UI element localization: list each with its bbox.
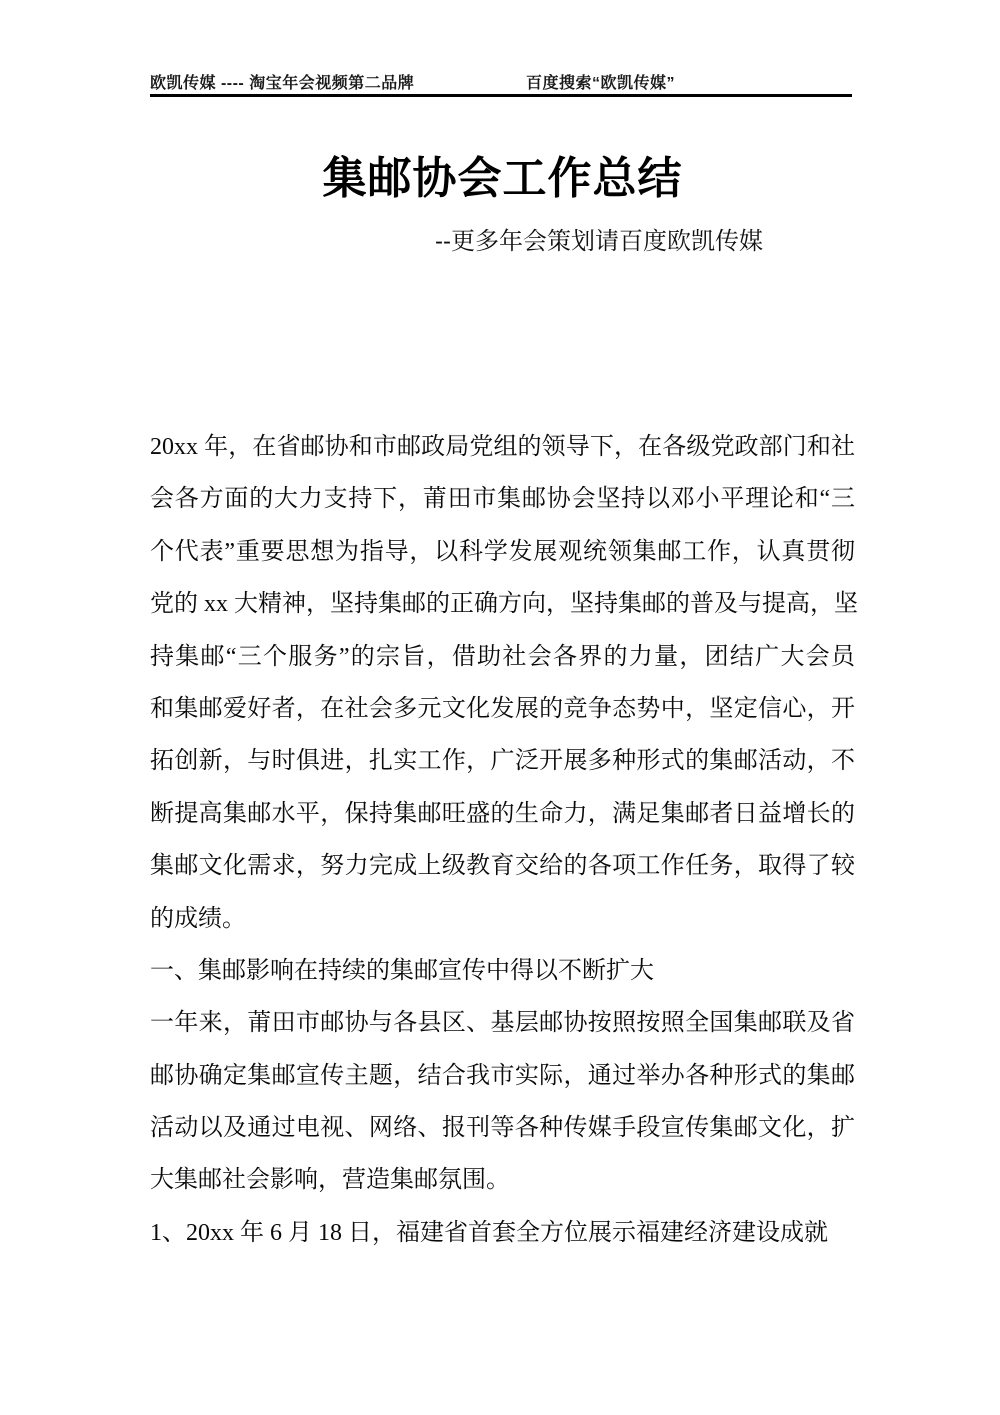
- document-body: 20xx 年，在省邮协和市邮政局党组的领导下，在各级党政部门和社会各方面的大力支…: [150, 421, 855, 1259]
- body-line: 个代表”重要思想为指导，以科学发展观统领集邮工作，认真贯彻: [150, 526, 855, 578]
- body-line: 1、20xx 年 6 月 18 日，福建省首套全方位展示福建经济建设成就: [150, 1207, 855, 1259]
- body-line: 拓创新，与时俱进，扎实工作，广泛开展多种形式的集邮活动，不: [150, 735, 855, 787]
- body-line: 邮协确定集邮宣传主题，结合我市实际，通过举办各种形式的集邮: [150, 1050, 855, 1102]
- body-line: 会各方面的大力支持下，莆田市集邮协会坚持以邓小平理论和“三: [150, 473, 855, 525]
- body-line: 20xx 年，在省邮协和市邮政局党组的领导下，在各级党政部门和社: [150, 421, 855, 473]
- body-line: 持集邮“三个服务”的宗旨，借助社会各界的力量，团结广大会员: [150, 631, 855, 683]
- body-line: 党的 xx 大精神，坚持集邮的正确方向，坚持集邮的普及与提高，坚: [150, 578, 855, 630]
- document-title: 集邮协会工作总结: [150, 142, 855, 206]
- header-brand-text: 欧凯传媒 ---- 淘宝年会视频第二品牌: [150, 70, 414, 93]
- body-line: 一年来，莆田市邮协与各县区、基层邮协按照按照全国集邮联及省: [150, 997, 855, 1049]
- body-line: 一、集邮影响在持续的集邮宣传中得以不断扩大: [150, 945, 855, 997]
- body-line: 活动以及通过电视、网络、报刊等各种传媒手段宣传集邮文化，扩: [150, 1102, 855, 1154]
- body-line: 大集邮社会影响，营造集邮氛围。: [150, 1154, 855, 1206]
- body-line: 和集邮爱好者，在社会多元文化发展的竞争态势中，坚定信心，开: [150, 683, 855, 735]
- body-line: 的成绩。: [150, 893, 855, 945]
- document-subtitle: --更多年会策划请百度欧凯传媒: [435, 221, 763, 256]
- body-line: 断提高集邮水平，保持集邮旺盛的生命力，满足集邮者日益增长的: [150, 788, 855, 840]
- document-page: 欧凯传媒 ---- 淘宝年会视频第二品牌 百度搜索“欧凯传媒” 集邮协会工作总结…: [0, 0, 1000, 1415]
- header-search-hint-text: 百度搜索“欧凯传媒”: [526, 70, 675, 93]
- header-rule: [150, 94, 852, 97]
- body-line: 集邮文化需求，努力完成上级教育交给的各项工作任务，取得了较: [150, 840, 855, 892]
